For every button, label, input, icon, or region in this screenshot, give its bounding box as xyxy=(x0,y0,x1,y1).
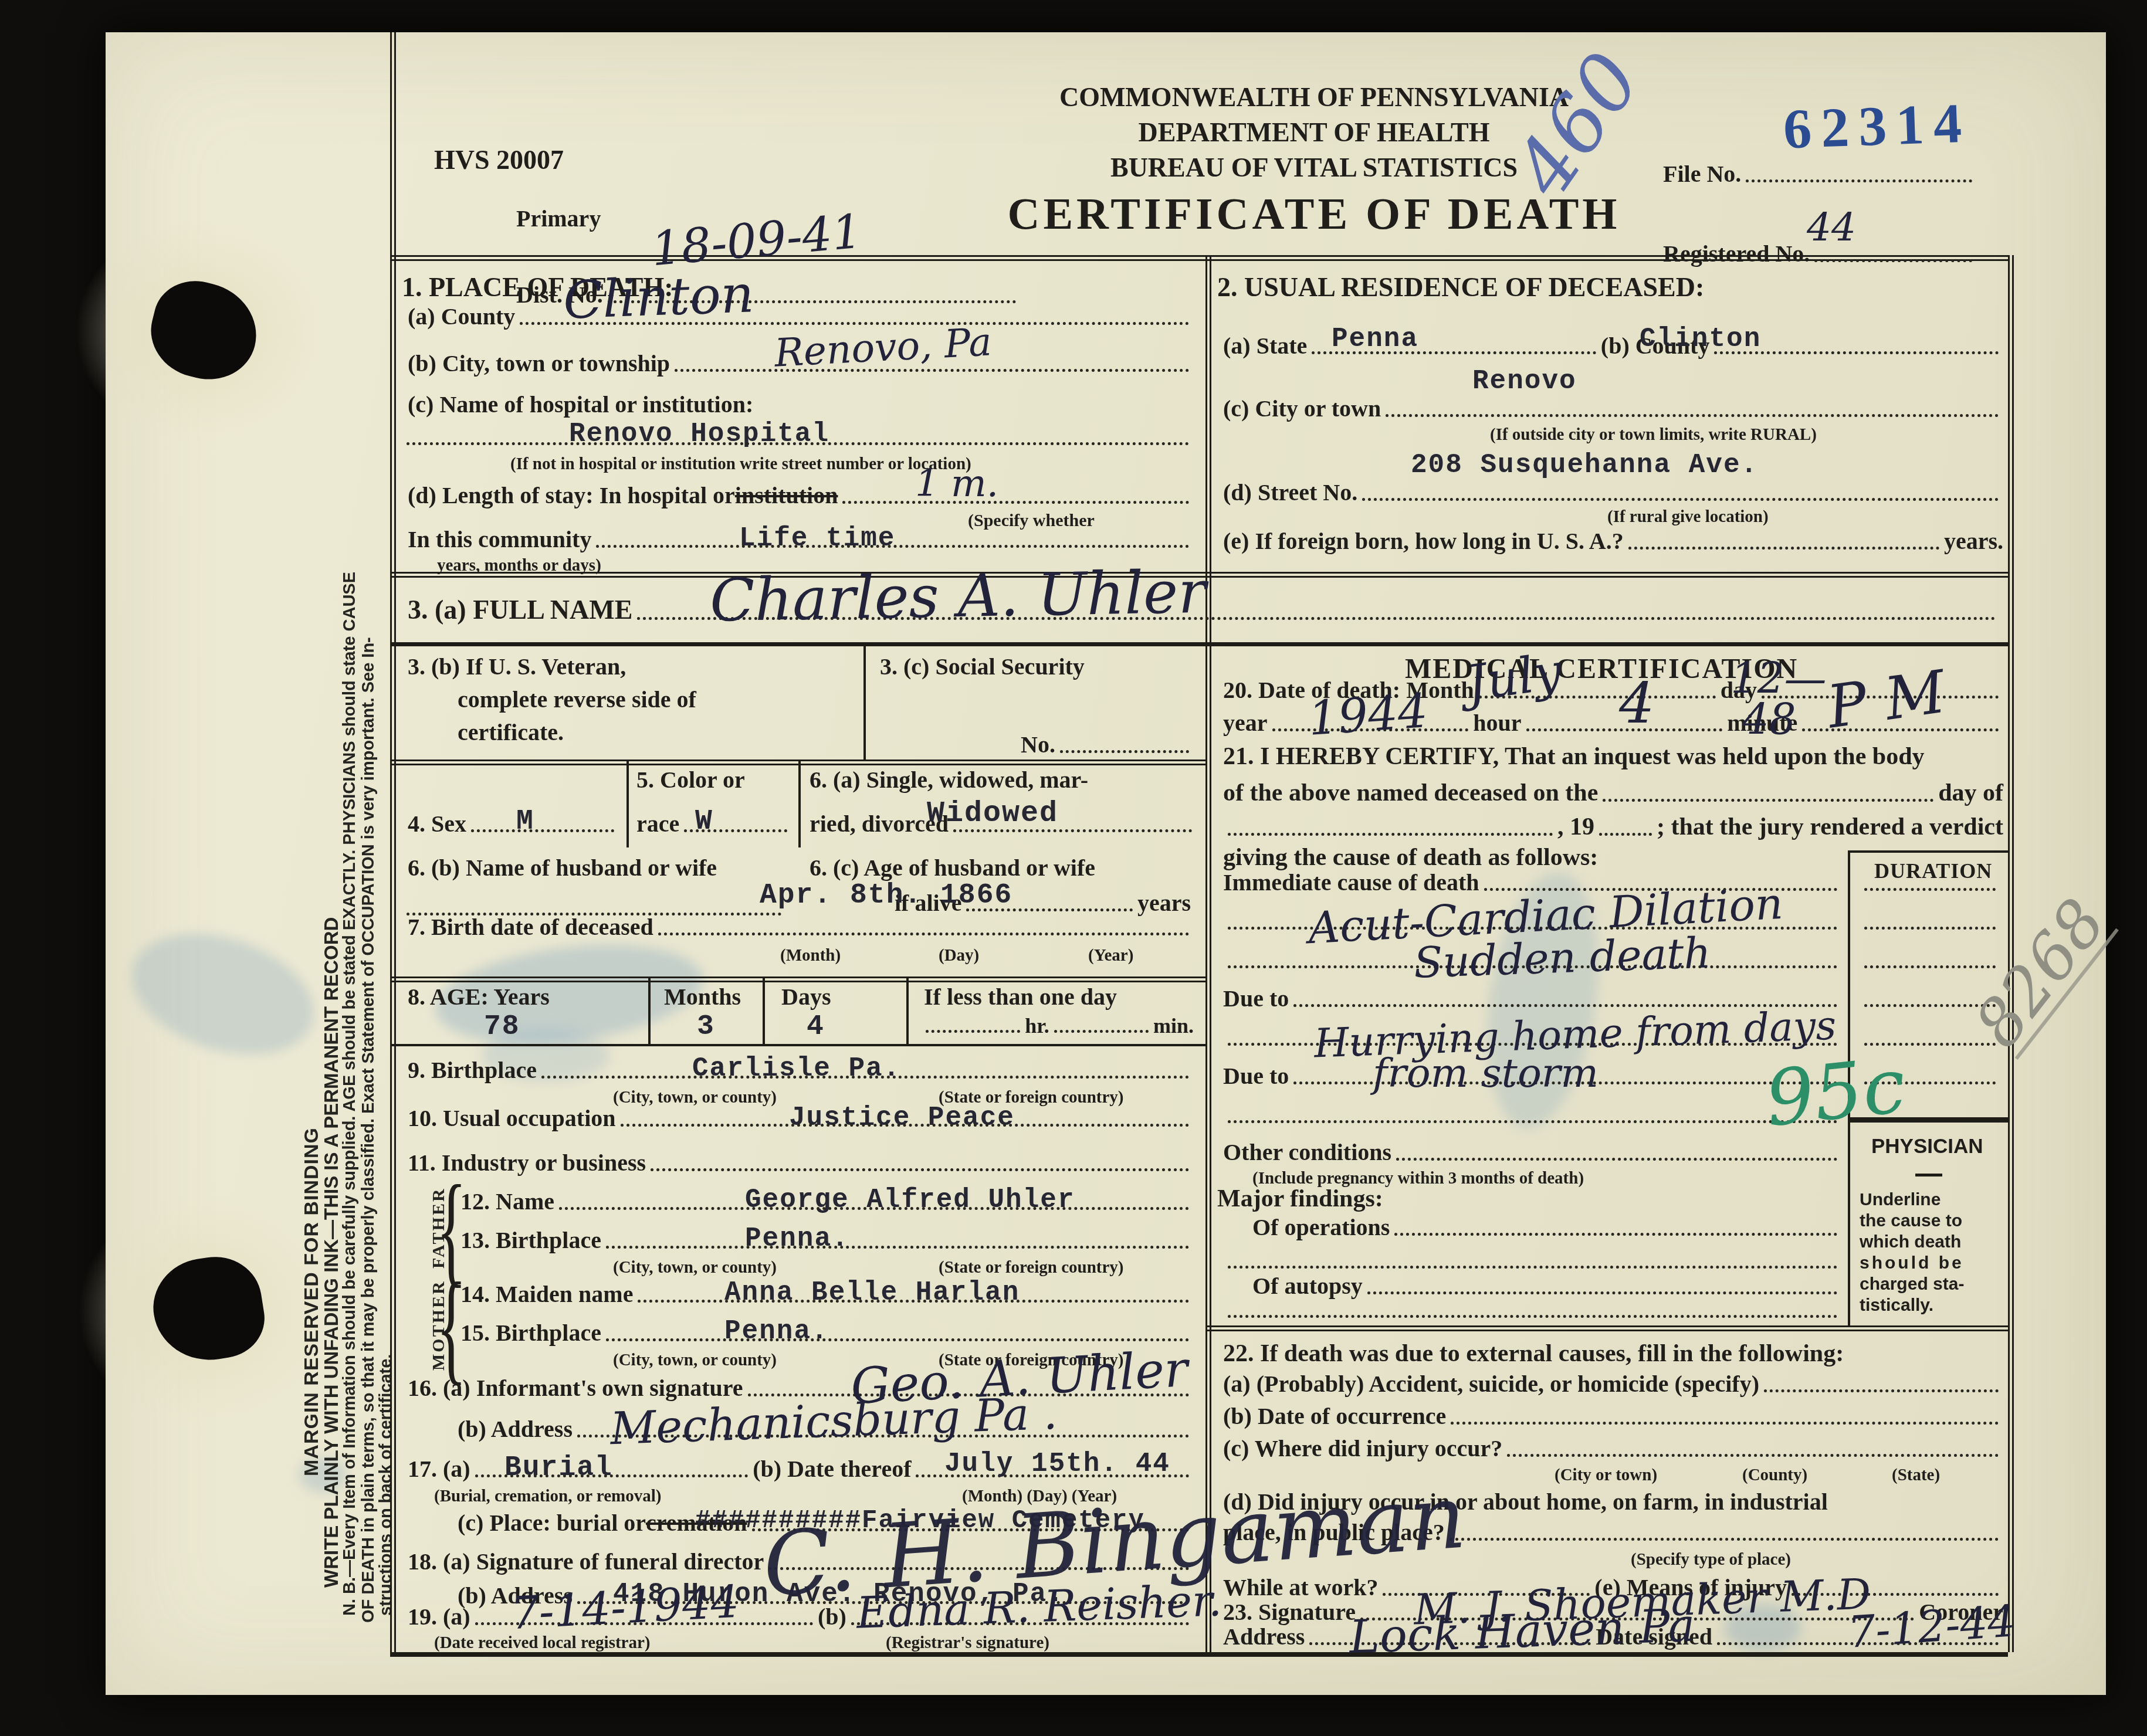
rule-bottom xyxy=(390,1652,2008,1657)
dotted-line xyxy=(1228,1264,1837,1269)
dotted-line xyxy=(1764,1388,1999,1392)
residence-street-row: (d) Street No. xyxy=(1223,475,2003,506)
residence-street-note: (If rural give location) xyxy=(1607,508,1769,525)
residence-city-label: (c) City or town xyxy=(1223,397,1381,422)
burial-value: Burial xyxy=(504,1454,613,1482)
dotted-line xyxy=(1746,178,1972,182)
certify-line-3: , 19 ; that the jury rendered a verdict xyxy=(1223,810,2003,840)
place-county-row: (a) County xyxy=(408,299,1194,330)
physician-note-2: the cause to xyxy=(1860,1212,1962,1230)
physician-header: PHYSICIAN xyxy=(1871,1136,1983,1157)
dotted-line xyxy=(541,1074,1189,1079)
residence-street-label: (d) Street No. xyxy=(1223,481,1357,506)
form-border-left xyxy=(390,32,396,1652)
father-birthplace-row: 13. Birthplace xyxy=(460,1223,1194,1253)
hospital-line xyxy=(402,419,1194,450)
other-conditions-note: (Include pregnancy within 3 months of de… xyxy=(1252,1170,1584,1187)
dotted-line xyxy=(1394,1232,1837,1236)
veteran-label-3: certificate. xyxy=(458,721,564,744)
death-ampm-value: P M xyxy=(1824,662,1949,737)
scanned-photo-background: MARGIN RESERVED FOR BINDING WRITE PLAINL… xyxy=(0,0,2147,1736)
race-value: W xyxy=(695,808,713,836)
duration-line xyxy=(1860,942,2000,973)
dotted-line xyxy=(1599,832,1652,836)
due-to-label: Due to xyxy=(1223,987,1289,1012)
margin-nb-note-line2: OF DEATH in plain terms, so that it may … xyxy=(360,637,377,1623)
dotted-line xyxy=(638,1298,1189,1303)
community-note: years, months or days) xyxy=(437,557,601,574)
duration-box-top xyxy=(1848,850,2008,853)
certify-day-of-label: day of xyxy=(1938,781,2003,806)
dotted-line xyxy=(1054,1029,1149,1033)
mother-birthplace-row: 15. Birthplace xyxy=(460,1315,1194,1346)
birth-date-row: 7. Birth date of deceased xyxy=(408,910,1194,940)
mother-birthplace-label: 15. Birthplace xyxy=(460,1321,601,1346)
dotted-line xyxy=(1814,258,1972,262)
dotted-line xyxy=(1396,1157,1837,1161)
injury-state-note: (State) xyxy=(1892,1467,1940,1484)
dotted-line xyxy=(1362,497,1999,501)
marital-value: Widowed xyxy=(927,799,1058,829)
physician-dash xyxy=(1915,1174,1942,1176)
cause-line xyxy=(1223,1097,1842,1128)
age-months-value: 3 xyxy=(697,1013,715,1041)
file-number-label: File No. xyxy=(1663,162,1741,187)
dotted-line xyxy=(559,1206,1189,1210)
pen-number-460: 460 xyxy=(1502,40,1653,209)
registrar-date-value: 7-14-1944 xyxy=(509,1579,740,1636)
dotted-line xyxy=(1060,749,1189,753)
green-pen-note: 95c xyxy=(1762,1047,1909,1137)
length-of-stay-value: 1 m. xyxy=(915,465,998,503)
age-less-label: If less than one day xyxy=(924,985,1117,1009)
age-days-label: Days xyxy=(781,985,831,1009)
divider-age-years-months xyxy=(648,976,651,1044)
rule-under-fullname xyxy=(390,642,2008,646)
hr-min-row: hr. min. xyxy=(921,1011,1194,1037)
death-month-value: July xyxy=(1464,646,1564,708)
dotted-line xyxy=(658,931,1189,935)
registrar-date-label: 19. (a) xyxy=(408,1605,470,1630)
age-months-label: Months xyxy=(664,985,741,1009)
duration-line xyxy=(1860,865,2000,896)
physician-note-6: tistically. xyxy=(1860,1297,1933,1314)
residence-city-note: (If outside city or town limits, write R… xyxy=(1490,426,1817,443)
father-birthplace-label: 13. Birthplace xyxy=(460,1229,601,1253)
mother-birthplace-note-1: (City, town, or county) xyxy=(613,1352,777,1369)
injury-place-note: (Specify type of place) xyxy=(1631,1551,1791,1568)
industry-row: 11. Industry or business xyxy=(408,1145,1194,1176)
burial-section-label: 17. (a) xyxy=(408,1457,470,1482)
color-label-1: 5. Color or xyxy=(636,768,745,792)
injury-city-note: (City or town) xyxy=(1555,1467,1657,1484)
physician-note-1: Underline xyxy=(1860,1191,1941,1209)
rule-under-age xyxy=(390,1044,1205,1046)
certify-verdict-label: ; that the jury rendered a verdict xyxy=(1657,815,2003,840)
occupation-row: 10. Usual occupation xyxy=(408,1101,1194,1131)
of-operations-label: Of operations xyxy=(1252,1216,1390,1240)
mother-maiden-row: 14. Maiden name xyxy=(460,1277,1194,1307)
due-to-value-2: from storm xyxy=(1373,1054,1599,1094)
occurrence-date-row: (b) Date of occurrence xyxy=(1223,1399,2003,1429)
of-operations-row: Of operations xyxy=(1252,1210,1842,1240)
race-row: race xyxy=(636,806,792,837)
physician-note-5: charged sta- xyxy=(1860,1276,1964,1293)
dotted-line xyxy=(407,441,1189,445)
margin-ink-note: WRITE PLAINLY WITH UNFADING INK—THIS IS … xyxy=(321,917,341,1588)
divider-color-marital xyxy=(798,759,801,847)
age-label: 8. AGE: Years xyxy=(408,985,550,1009)
due-to-label: Due to xyxy=(1223,1064,1289,1089)
divider-age-months-days xyxy=(763,976,765,1044)
dotted-line xyxy=(471,828,614,832)
age-days-value: 4 xyxy=(807,1013,825,1041)
informant-signature-label: 16. (a) Informant's own signature xyxy=(408,1376,743,1401)
birth-day-note: (Day) xyxy=(939,947,979,964)
dotted-line xyxy=(1864,964,1996,968)
margin-binding-note: MARGIN RESERVED FOR BINDING xyxy=(302,1127,321,1476)
burial-date-label: (b) Date thereof xyxy=(753,1457,911,1482)
ssn-no-label: No. xyxy=(1021,733,1055,758)
other-conditions-row: Other conditions xyxy=(1223,1135,1842,1165)
form-number: HVS 20007 xyxy=(434,147,564,174)
veteran-label-1: 3. (b) If U. S. Veteran, xyxy=(408,655,626,679)
foreign-born-years-label: years. xyxy=(1944,530,2003,554)
death-year-value: 1944 xyxy=(1306,687,1429,742)
race-label: race xyxy=(636,812,679,837)
veteran-label-2: complete reverse side of xyxy=(458,688,696,711)
foreign-born-label: (e) If foreign born, how long in U. S. A… xyxy=(1223,530,1624,554)
birth-month-note: (Month) xyxy=(780,947,841,964)
min-label: min. xyxy=(1153,1015,1194,1037)
husband-wife-label: 6. (b) Name of husband or wife xyxy=(408,856,717,880)
death-hour-value: 4 xyxy=(1619,676,1654,732)
section2-title: 2. USUAL RESIDENCE OF DECEASED: xyxy=(1217,274,1704,301)
divider-veteran-ssn xyxy=(863,642,866,759)
informant-address-label: (b) Address xyxy=(458,1418,573,1442)
registered-number-value: 44 xyxy=(1807,208,1856,247)
ssn-no-row: No. xyxy=(1021,727,1194,758)
death-minute-value: 48 xyxy=(1742,699,1796,741)
mother-maiden-label: 14. Maiden name xyxy=(460,1283,633,1307)
length-of-stay-row: (d) Length of stay: In hospital or insti… xyxy=(408,478,1194,508)
father-name-row: 12. Name xyxy=(460,1184,1194,1215)
place-city-value: Renovo, Pa xyxy=(774,323,993,372)
hour-label: hour xyxy=(1473,711,1521,736)
sex-label: 4. Sex xyxy=(408,812,466,837)
father-birthplace-note-1: (City, town, or county) xyxy=(613,1259,777,1276)
dotted-line xyxy=(621,1123,1190,1127)
burial-note: (Burial, cremation, or removal) xyxy=(434,1488,661,1505)
injury-county-note: (County) xyxy=(1742,1467,1807,1484)
dotted-line xyxy=(926,1029,1020,1033)
accident-label: (a) (Probably) Accident, suicide, or hom… xyxy=(1223,1372,1759,1397)
duration-line xyxy=(1860,904,2000,934)
immediate-cause-value-2: Sudden death xyxy=(1413,931,1712,984)
marital-label-1: 6. (a) Single, widowed, mar- xyxy=(810,768,1088,792)
age-husband-wife-label: 6. (c) Age of husband or wife xyxy=(810,856,1095,880)
org-line-1: COMMONWEALTH OF PENNSYLVANIA xyxy=(1021,84,1607,111)
age-years-value: 78 xyxy=(484,1013,520,1041)
place-county-value: Clinton xyxy=(563,268,755,326)
hospital-label: (c) Name of hospital or institution: xyxy=(408,393,753,416)
residence-city-row: (c) City or town xyxy=(1223,391,2003,422)
residence-state-label: (a) State xyxy=(1223,334,1307,359)
major-findings-label: Major findings: xyxy=(1217,1186,1383,1211)
physician-note-3: which death xyxy=(1860,1233,1961,1251)
registrar-signature-note: (Registrar's signature) xyxy=(886,1635,1049,1652)
dotted-line xyxy=(675,368,1189,372)
other-conditions-label: Other conditions xyxy=(1223,1141,1391,1165)
rule-under-birthdate xyxy=(390,976,1205,982)
birth-year-note: (Year) xyxy=(1088,947,1133,964)
dotted-line xyxy=(1228,1314,1837,1318)
rule-under-medical xyxy=(1205,1325,2008,1331)
dotted-line xyxy=(1451,1420,1999,1425)
certify-19-label: , 19 xyxy=(1557,815,1594,840)
father-name-label: 12. Name xyxy=(460,1190,554,1215)
dotted-line xyxy=(1864,887,1996,891)
certify-line-2: of the above named deceased on the day o… xyxy=(1223,776,2003,806)
rule-under-veteran xyxy=(390,759,1205,765)
length-of-stay-label: (d) Length of stay: In hospital or xyxy=(408,484,735,508)
file-number-stamp: 62314 xyxy=(1782,94,1972,157)
full-name-value: Charles A. Uhler xyxy=(709,563,1207,630)
sex-row: 4. Sex xyxy=(408,806,619,837)
full-name-label: 3. (a) FULL NAME xyxy=(408,596,632,625)
burial-place-label: (c) Place: burial or xyxy=(458,1511,646,1536)
registered-number-label: Registered No. xyxy=(1663,242,1810,267)
certify-line-2-text: of the above named deceased on the xyxy=(1223,781,1598,806)
community-label: In this community xyxy=(408,528,591,552)
place-county-label: (a) County xyxy=(408,305,515,330)
divider-sex-color xyxy=(627,759,629,847)
certify-line-1: 21. I HEREBY CERTIFY, That an inquest wa… xyxy=(1223,744,1925,769)
length-of-stay-struck-word: institution xyxy=(735,484,838,508)
dotted-line xyxy=(1228,832,1553,836)
coroner-address-label: Address xyxy=(1223,1625,1305,1650)
ink-stain xyxy=(116,912,329,1076)
external-causes-title: 22. If death was due to external causes,… xyxy=(1223,1341,1844,1366)
birth-date-value: Apr. 8th. 1866 xyxy=(760,881,1012,910)
dotted-line xyxy=(606,1245,1189,1249)
hospital-note: (If not in hospital or institution write… xyxy=(510,456,971,473)
dotted-line xyxy=(1228,1119,1837,1123)
dotted-line xyxy=(1507,1453,1999,1457)
injury-where-row: (c) Where did injury occur? xyxy=(1223,1431,2003,1462)
dotted-line xyxy=(1450,1537,1999,1541)
occurrence-date-label: (b) Date of occurrence xyxy=(1223,1405,1446,1429)
death-day-value: 12— xyxy=(1731,657,1827,700)
dotted-line xyxy=(1628,545,1939,550)
immediate-cause-label: Immediate cause of death xyxy=(1223,871,1479,896)
community-value: Life time xyxy=(739,525,895,552)
margin-nb-note-line1: N. B.—Every Item of Information should b… xyxy=(341,572,358,1616)
dotted-line xyxy=(1603,798,1933,802)
ssn-label: 3. (c) Social Security xyxy=(880,655,1085,679)
findings-line xyxy=(1223,1292,1842,1323)
death-certificate-paper: MARGIN RESERVED FOR BINDING WRITE PLAINL… xyxy=(106,32,2106,1695)
primary-label: Primary xyxy=(516,207,601,230)
father-birthplace-note-2: (State or foreign country) xyxy=(939,1259,1123,1276)
hr-label: hr. xyxy=(1025,1015,1049,1037)
physician-note-4: should be xyxy=(1860,1254,1964,1272)
birthplace-row: 9. Birthplace xyxy=(408,1053,1194,1083)
divider-age-days-less xyxy=(906,976,909,1044)
sex-value: M xyxy=(516,808,534,836)
dotted-line xyxy=(1864,925,1996,930)
birth-date-label: 7. Birth date of deceased xyxy=(408,916,653,940)
occupation-label: 10. Usual occupation xyxy=(408,1107,616,1131)
burial-date-value: July 15th. 44 xyxy=(944,1450,1170,1477)
district-number-value: 18-09-41 xyxy=(649,208,863,273)
funeral-director-label: 18. (a) Signature of funeral director xyxy=(408,1550,764,1575)
dotted-line xyxy=(651,1167,1189,1171)
birthplace-label: 9. Birthplace xyxy=(408,1059,537,1083)
year-label: year xyxy=(1223,711,1268,736)
column-divider xyxy=(1205,255,1211,1652)
dotted-line xyxy=(606,1337,1189,1341)
coroner-address-value: Lock Haven Pa xyxy=(1349,1603,1696,1661)
dotted-line xyxy=(1386,413,1999,417)
file-number-row: File No. xyxy=(1663,157,1977,187)
injury-where-label: (c) Where did injury occur? xyxy=(1223,1437,1502,1462)
accident-row: (a) (Probably) Accident, suicide, or hom… xyxy=(1223,1367,2003,1397)
residence-county-value: Clinton xyxy=(1640,325,1761,352)
date-signed-value: 7-12-44 xyxy=(1847,1599,2017,1654)
residence-state-value: Penna xyxy=(1332,325,1418,352)
place-city-label: (b) City, town or township xyxy=(408,352,670,377)
dotted-line xyxy=(842,500,1189,504)
foreign-born-row: (e) If foreign born, how long in U. S. A… xyxy=(1223,524,2003,554)
